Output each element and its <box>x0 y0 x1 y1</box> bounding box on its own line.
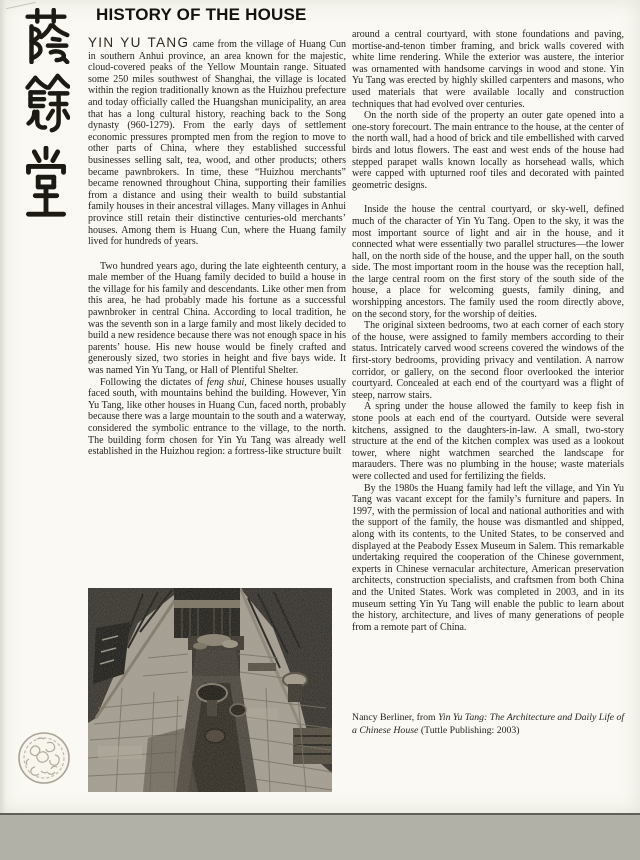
calligraphy-char-yu <box>22 73 70 137</box>
paragraph-left-3: Following the dictates of feng shui, Chi… <box>88 377 346 458</box>
scanner-background-band <box>0 813 640 860</box>
calligraphy-yin-yu-tang <box>20 8 72 220</box>
paragraph-right-1: around a central courtyard, with stone f… <box>352 29 624 110</box>
text-run: came from the village of Huang Cun in so… <box>88 39 346 247</box>
paragraph-right-2: On the north side of the property an out… <box>352 110 624 191</box>
paragraph-right-4: The original sixteen bedrooms, two at ea… <box>352 320 624 401</box>
paragraph-right-3: Inside the house the central courtyard, … <box>352 204 624 320</box>
text-run: Following the dictates of <box>100 377 207 388</box>
text-run: , Chinese houses usually faced south, wi… <box>88 377 346 458</box>
scanned-page: HISTORY OF THE HOUSE YIN YU TANG came fr… <box>0 0 640 860</box>
paragraph-right-6: By the 1980s the Huang family had left t… <box>352 483 624 634</box>
left-column: YIN YU TANG came from the village of Hua… <box>88 37 346 458</box>
courtyard-photo <box>88 588 332 792</box>
paragraph-right-5: A spring under the house allowed the fam… <box>352 401 624 482</box>
paragraph-left-2: Two hundred years ago, during the late e… <box>88 261 346 377</box>
credit-line: Nancy Berliner, from Yin Yu Tang: The Ar… <box>352 712 630 738</box>
seal-stamp <box>17 731 71 785</box>
paragraph-left-1: YIN YU TANG came from the village of Hua… <box>88 37 346 248</box>
italic-feng-shui: feng shui <box>207 377 245 388</box>
right-column: around a central courtyard, with stone f… <box>352 29 624 633</box>
text-run: Nancy Berliner, from <box>352 712 438 723</box>
lead-caps-yin-yu-tang: YIN YU TANG <box>88 35 189 50</box>
calligraphy-char-yin <box>22 8 70 64</box>
calligraphy-char-tang <box>24 146 68 220</box>
page: HISTORY OF THE HOUSE YIN YU TANG came fr… <box>0 0 640 813</box>
text-run: (Tuttle Publishing: 2003) <box>418 725 519 736</box>
page-title: HISTORY OF THE HOUSE <box>96 5 307 25</box>
